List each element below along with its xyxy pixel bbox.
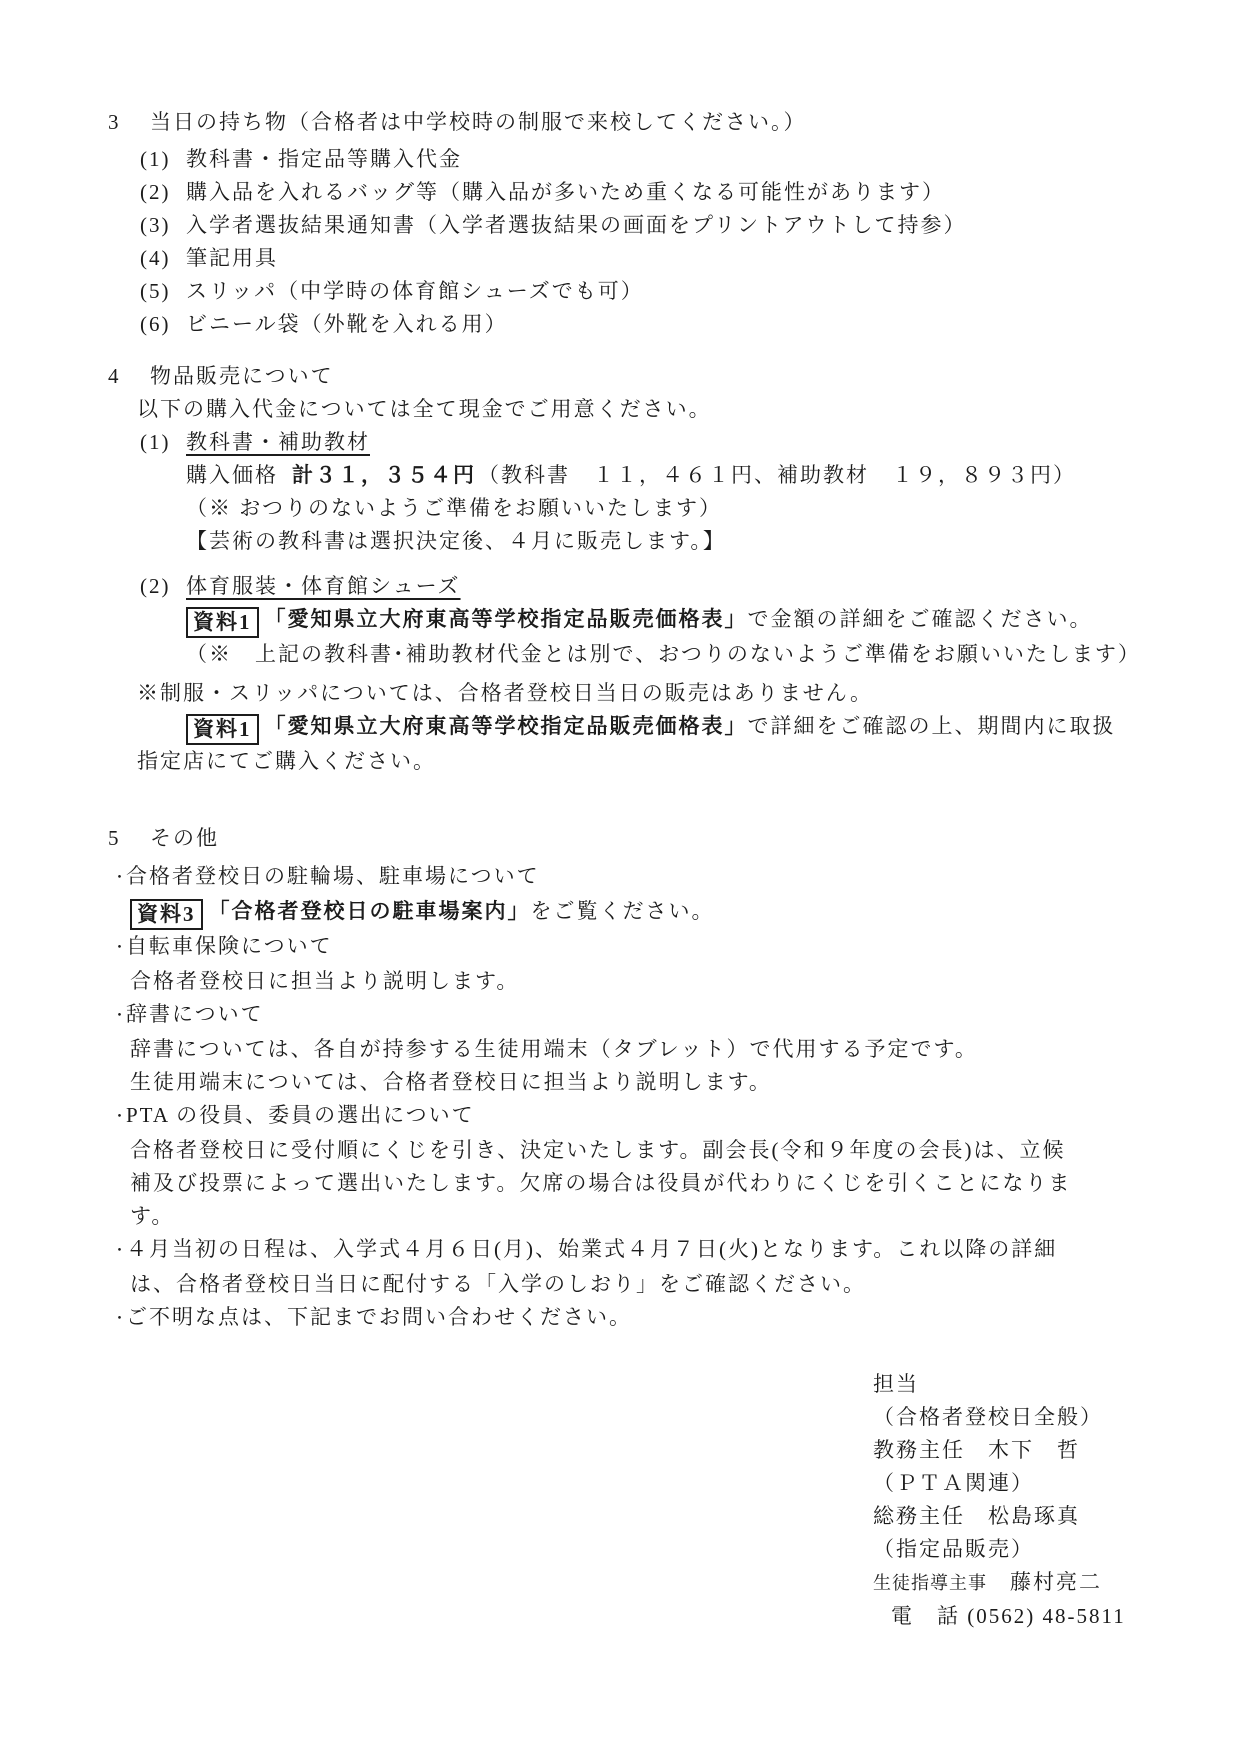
pta-bullet: ・PTA の役員、委員の選出について [108,1099,1170,1134]
contact-role-academic: 教務主任 木下 哲 [873,1434,1170,1467]
pta-head: PTA の役員、委員の選出について [126,1103,475,1127]
section-5-number: 5 [108,822,150,855]
contact-heading: 担当 [873,1368,1170,1401]
bullet-dot: ・ [112,1235,126,1268]
reference-3-badge: 資料3 [130,899,203,930]
item-text: 購入品を入れるバッグ等（購入品が多いため重くなる可能性があります） [186,180,945,204]
price-line: 購入価格計３１，３５４円（教科書 １１，４６１円、補助教材 １９，８９３円） [186,459,1170,492]
reference-doc-title: 「愛知県立大府東高等学校指定品販売価格表」 [265,607,748,631]
reference-1-badge: 資料1 [186,714,259,745]
item-text: 筆記用具 [186,246,278,270]
price-detail: （教科書 １１，４６１円、補助教材 １９，８９３円） [478,463,1076,487]
list-item: (1)教科書・指定品等購入代金 [108,143,1170,176]
item-marker: (5) [140,275,186,308]
pe-note: （※ 上記の教科書･補助教材代金とは別で、おつりのないようご準備をお願いいたしま… [186,638,1170,671]
change-note: （※ おつりのないようご準備をお願いいたします） [186,492,1170,525]
section-other: 5その他 ・合格者登校日の駐輪場、駐車場について 資料3「合格者登校日の駐車場案… [108,822,1170,1336]
document-page: 3当日の持ち物（合格者は中学校時の制服で来校してください。） (1)教科書・指定… [0,0,1240,1754]
list-item: (4)筆記用具 [108,242,1170,275]
price-label: 購入価格 [186,463,278,487]
bullet-dot: ・ [112,1101,126,1134]
item-marker: (6) [140,308,186,341]
contact-block: 担当 （合格者登校日全般） 教務主任 木下 哲 （ＰＴＡ関連） 総務主任 松島琢… [873,1368,1170,1633]
section-4-number: 4 [108,360,150,393]
bullet-dot: ・ [112,862,126,895]
bullet-dot: ・ [112,1000,126,1033]
reference-rest: で金額の詳細をご確認ください。 [748,607,1093,631]
dictionary-head: 辞書について [126,1002,264,1026]
section-4-heading: 4物品販売について [108,360,1170,393]
item-text: 入学者選抜結果通知書（入学者選抜結果の画面をプリントアウトして持参） [186,213,967,237]
contact-role-student-guidance: 生徒指導主事 藤村亮二 [873,1566,1170,1600]
pe-item: (2)体育服装・体育館シューズ [108,570,1170,603]
pta-line2: 補及び投票によって選出いたします。欠席の場合は役員が代わりにくじを引くことになり… [130,1167,1170,1200]
parking-reference-line: 資料3「合格者登校日の駐車場案内」をご覧ください。 [130,895,1170,930]
dictionary-line1: 辞書については、各自が持参する生徒用端末（タブレット）で代用する予定です。 [130,1033,1170,1066]
item-marker: (3) [140,209,186,242]
contact-role-general-affairs: 総務主任 松島琢真 [873,1500,1170,1533]
reference-rest: をご覧ください。 [531,899,715,923]
item-marker: (4) [140,242,186,275]
bullet-dot: ・ [112,932,126,965]
section-sales: 4物品販売について 以下の購入代金については全て現金でご用意ください。 (1)教… [108,360,1170,778]
bicycle-body: 合格者登校日に担当より説明します。 [130,965,1170,998]
reference-doc-title: 「愛知県立大府東高等学校指定品販売価格表」 [265,714,748,738]
item-text: 教科書・指定品等購入代金 [186,147,462,171]
uniform-note-line1: ※制服・スリッパについては、合格者登校日当日の販売はありません。 [137,677,1170,710]
contact-scope-pta: （ＰＴＡ関連） [873,1467,1170,1500]
april-bullet: ・４月当初の日程は、入学式４月６日(月)、始業式４月７日(火)となります。これ以… [108,1233,1170,1268]
uniform-reference-line: 資料1「愛知県立大府東高等学校指定品販売価格表」で詳細をご確認の上、期間内に取扱 [186,710,1170,745]
uniform-note-line2: 指定店にてご購入ください。 [137,745,1170,778]
textbook-item: (1)教科書・補助教材 [108,426,1170,459]
parking-bullet: ・合格者登校日の駐輪場、駐車場について [108,860,1170,895]
pe-reference-line: 資料1「愛知県立大府東高等学校指定品販売価格表」で金額の詳細をご確認ください。 [186,603,1170,638]
textbook-title: 教科書・補助教材 [186,430,370,454]
role-name: 藤村亮二 [987,1570,1102,1594]
section-4-intro: 以下の購入代金については全て現金でご用意ください。 [137,393,1170,426]
belongings-list: (1)教科書・指定品等購入代金 (2)購入品を入れるバッグ等（購入品が多いため重… [108,143,1170,341]
section-3-number: 3 [108,106,150,139]
inquiry-bullet: ・ご不明な点は、下記までお問い合わせください。 [108,1301,1170,1336]
dictionary-line2: 生徒用端末については、合格者登校日に担当より説明します。 [130,1066,1170,1099]
list-item: (6)ビニール袋（外靴を入れる用） [108,308,1170,341]
art-textbook-note: 【芸術の教科書は選択決定後、４月に販売します。】 [186,525,1170,558]
contact-scope-general: （合格者登校日全般） [873,1401,1170,1434]
item-marker: (1) [140,143,186,176]
contact-scope-designated-goods: （指定品販売） [873,1533,1170,1566]
section-5-heading: 5その他 [108,822,1170,855]
item-marker: (2) [140,570,186,603]
april-line1: ４月当初の日程は、入学式４月６日(月)、始業式４月７日(火)となります。これ以降… [126,1237,1057,1261]
item-text: ビニール袋（外靴を入れる用） [186,312,508,336]
parking-head: 合格者登校日の駐輪場、駐車場について [126,864,540,888]
item-marker: (2) [140,176,186,209]
item-marker: (1) [140,426,186,459]
bullet-dot: ・ [112,1303,126,1336]
bicycle-bullet: ・自転車保険について [108,930,1170,965]
dictionary-bullet: ・辞書について [108,998,1170,1033]
list-item: (2)購入品を入れるバッグ等（購入品が多いため重くなる可能性があります） [108,176,1170,209]
item-text: スリッパ（中学時の体育館シューズでも可） [186,279,644,303]
price-total: 計３１，３５４円 [292,463,476,487]
contact-phone: 電 話 (0562) 48-5811 [891,1600,1170,1633]
section-3-title: 当日の持ち物（合格者は中学校時の制服で来校してください。） [150,110,807,134]
reference-doc-title: 「合格者登校日の駐車場案内」 [209,899,531,923]
pta-line3: す。 [130,1200,1170,1233]
section-5-title: その他 [150,826,219,850]
role-title: 生徒指導主事 [873,1573,987,1593]
reference-rest: で詳細をご確認の上、期間内に取扱 [748,714,1116,738]
list-item: (5)スリッパ（中学時の体育館シューズでも可） [108,275,1170,308]
pta-line1: 合格者登校日に受付順にくじを引き、決定いたします。副会長(令和９年度の会長)は、… [130,1134,1170,1167]
reference-1-badge: 資料1 [186,607,259,638]
section-4-title: 物品販売について [150,364,334,388]
other-list: ・合格者登校日の駐輪場、駐車場について 資料3「合格者登校日の駐車場案内」をご覧… [108,860,1170,1336]
section-belongings: 3当日の持ち物（合格者は中学校時の制服で来校してください。） (1)教科書・指定… [108,106,1170,341]
inquiry-text: ご不明な点は、下記までお問い合わせください。 [126,1305,632,1329]
bicycle-head: 自転車保険について [126,934,333,958]
list-item: (3)入学者選抜結果通知書（入学者選抜結果の画面をプリントアウトして持参） [108,209,1170,242]
april-line2: は、合格者登校日当日に配付する「入学のしおり」をご確認ください。 [130,1268,1170,1301]
section-3-heading: 3当日の持ち物（合格者は中学校時の制服で来校してください。） [108,106,1170,139]
pe-title: 体育服装・体育館シューズ [186,574,461,598]
